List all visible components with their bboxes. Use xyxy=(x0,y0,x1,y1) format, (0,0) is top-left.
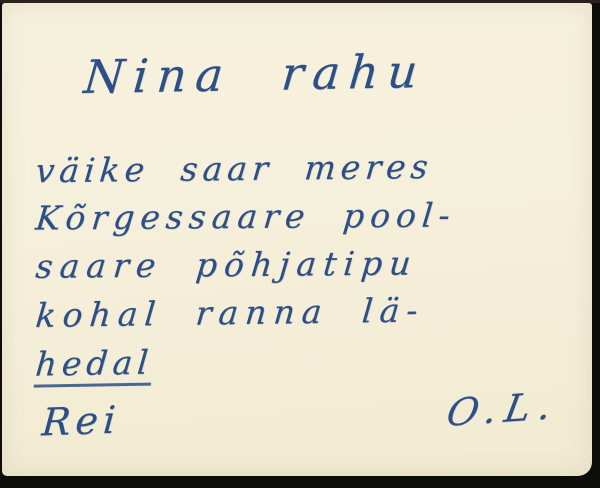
note-title: Nina rahu xyxy=(82,44,429,104)
parish-label: Rei xyxy=(40,398,122,445)
note-line: kohal ranna lä- xyxy=(34,286,459,340)
handwritten-card: Nina rahu väike saar meres Kõrgessaare p… xyxy=(2,3,592,476)
scan-backdrop: Nina rahu väike saar meres Kõrgessaare p… xyxy=(0,0,600,488)
signature-initials: O.L. xyxy=(443,383,563,435)
note-body: väike saar meres Kõrgessaare pool- saare… xyxy=(36,145,456,385)
note-line: hedal xyxy=(34,333,459,388)
note-line-last-word: hedal xyxy=(34,343,155,388)
note-line: väike saar meres xyxy=(34,143,459,195)
note-line: Kõrgessaare pool- xyxy=(33,192,458,243)
note-line: saare põhjatipu xyxy=(34,239,459,291)
